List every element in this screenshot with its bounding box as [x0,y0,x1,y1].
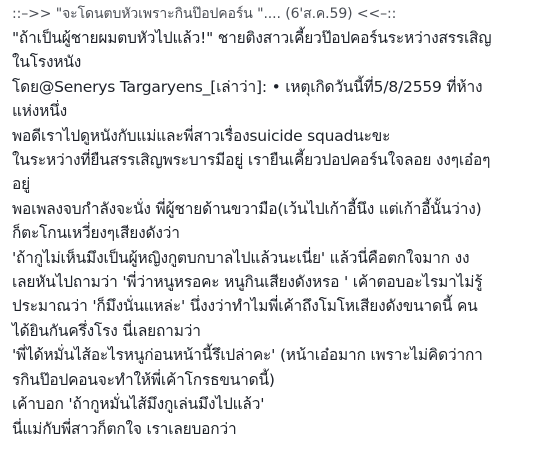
post-header: ::–>> "จะโดนตบหัวเพราะกินป๊อปคอร์น "....… [12,2,542,26]
post-line: พอเพลงจบกำลังจะนั่ง พี่ผู้ชายด้านขวามือ(… [12,197,542,221]
post-line: ในระหว่างที่ยืนสรรเสิญพระบารมีอยู่ เรายื… [12,148,542,172]
post-line: เค้าบอก 'ถ้ากูหมั่นไส้มึงกูเล่นมึงไปแล้ว… [12,392,542,416]
post-content: ::–>> "จะโดนตบหัวเพราะกินป๊อปคอร์น "....… [12,0,542,441]
post-line: พอดีเราไปดูหนังกับแม่และพี่สาวเรื่องsuic… [12,124,542,148]
post-line: แห่งหนึ่ง [12,99,542,123]
post-line: อยู่ [12,172,542,196]
post-line: 'ถ้ากูไม่เห็นมึงเป็นผู้หญิงกูตบกบาลไปแล้… [12,246,542,270]
post-line: นี่แม่กับพี่สาวก็ตกใจ เราเลยบอกว่า [12,417,542,441]
post-line: ประมาณว่า 'ก็มึงนั่นแหล่ะ' นึ่งงว่าทำไมพ… [12,294,542,318]
post-line: โดย@Senerys Targaryens_[เล่าว่า]: • เหตุ… [12,75,542,99]
post-line: "ถ้าเป็นผู้ชายผมตบหัวไปแล้ว!" ชายติงสาวเ… [12,26,542,50]
post-body: "ถ้าเป็นผู้ชายผมตบหัวไปแล้ว!" ชายติงสาวเ… [12,26,542,441]
post-line: รกินป๊อปคอนจะทำให้พี่เค้าโกรธขนาดนี้) [12,368,542,392]
post-line: เลยหันไปถามว่า 'พี่ว่าหนูหรอคะ หนูกินเสี… [12,270,542,294]
post-line: 'พี่ได้หมั่นไส้อะไรหนูก่อนหน้านี้รึเปล่า… [12,343,542,367]
post-line: ก็ตะโกนเหวี่ยงๆเสียงดังว่า [12,221,542,245]
post-line: ในโรงหนัง [12,50,542,74]
post-line: ได้ยินกันครึ่งโรง นี่เลยถามว่า [12,319,542,343]
